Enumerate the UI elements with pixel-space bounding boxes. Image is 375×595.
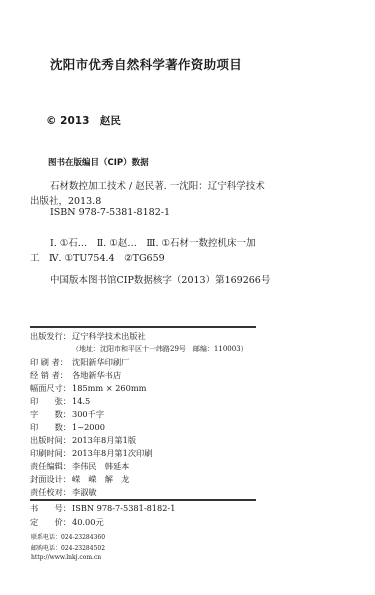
imprint-row: 出版发行：辽宁科学技术出版社 [30, 331, 146, 342]
imprint-row: 责任编辑：李伟民 韩延本 [30, 461, 129, 472]
cip-line: 石材数控加工技术 / 赵民著. 一沈阳：辽宁科学技术 [50, 178, 265, 192]
contact-phone: 联系电话：024-23284360 [31, 532, 105, 541]
cip-heading: 图书在版编目（CIP）数据 [48, 156, 149, 168]
cip-line: 出版社，2013.8 [30, 193, 101, 207]
imprint-address: （地址：沈阳市和平区十一纬路29号 邮编：110003） [72, 344, 248, 354]
funding-title: 沈阳市优秀自然科学著作资助项目 [50, 55, 242, 73]
price-row: 定 价：40.00元 [30, 517, 104, 528]
cip-record-number: 中国版本图书馆CIP数据核字（2013）第169266号 [50, 272, 270, 286]
mail-order-phone: 邮购电话：024-23284502 [31, 543, 105, 552]
copyright-notice: © 2013 赵民 [46, 113, 121, 128]
imprint-row: 封面设计：嵘 嵘 解 龙 [30, 474, 129, 485]
imprint-row: 印 张：14.5 [30, 396, 90, 407]
imprint-row: 出版时间：2013年8月第1版 [30, 435, 136, 446]
imprint-row: 幅面尺寸：185mm × 260mm [30, 383, 146, 394]
divider-top [30, 326, 256, 328]
imprint-row: 印 刷 者：沈阳新华印刷厂 [30, 357, 129, 368]
imprint-row: 责任校对：李淑敏 [30, 487, 97, 498]
imprint-row: 印刷时间：2013年8月第1次印刷 [30, 448, 152, 459]
cip-isbn: ISBN 978-7-5381-8182-1 [50, 207, 170, 218]
book-number-row: 书 号：ISBN 978-7-5381-8182-1 [30, 503, 175, 514]
cip-line: 工 Ⅳ. ①TU754.4 ②TG659 [30, 250, 165, 264]
divider-bottom [30, 499, 256, 501]
imprint-row: 印 数：1~2000 [30, 422, 105, 433]
imprint-row: 字 数：300千字 [30, 409, 104, 420]
imprint-row: 经 销 者：各地新华书店 [30, 370, 121, 381]
cip-line: Ⅰ. ①石… Ⅱ. ①赵… Ⅲ. ①石材一数控机床一加 [50, 235, 256, 249]
website-link[interactable]: http://www.lnkj.com.cn [31, 554, 101, 561]
